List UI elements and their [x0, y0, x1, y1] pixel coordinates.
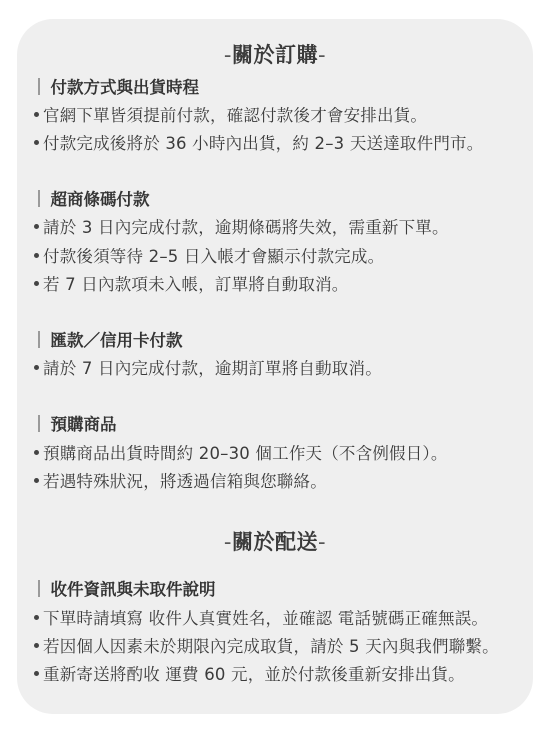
section-title-ordering: -關於訂購- [0, 42, 550, 68]
bullet-icon [34, 450, 39, 455]
section-title-delivery: -關於配送- [0, 529, 550, 555]
group-heading-preorder: 預購商品 [38, 414, 117, 436]
bullet-icon [34, 478, 39, 483]
bullet-icon [34, 643, 39, 648]
group-heading-transfer-credit-card: 匯款／信用卡付款 [38, 330, 183, 352]
heading-bar-icon [38, 78, 40, 95]
list-item: 付款完成後將於 36 小時內出貨，約 2–3 天送達取件門市。 [34, 133, 483, 155]
heading-bar-icon [38, 190, 40, 207]
list-item: 預購商品出貨時間約 20–30 個工作天（不含例假日）。 [34, 443, 448, 465]
list-item: 請於 7 日內完成付款，逾期訂單將自動取消。 [34, 358, 382, 380]
heading-bar-icon [38, 580, 40, 597]
bullet-icon [34, 112, 39, 117]
bullet-icon [34, 671, 39, 676]
heading-bar-icon [38, 331, 40, 348]
list-item: 若因個人因素未於期限內完成取貨，請於 5 天內與我們聯繫。 [34, 636, 499, 658]
group-heading-recipient-info: 收件資訊與未取件說明 [38, 579, 216, 601]
bullet-icon [34, 365, 39, 370]
bullet-icon [34, 253, 39, 258]
bullet-icon [34, 281, 39, 286]
list-item: 付款後須等待 2–5 日入帳才會顯示付款完成。 [34, 246, 384, 268]
list-item: 下單時請填寫 收件人真實姓名，並確認 電話號碼正確無誤。 [34, 608, 488, 630]
group-heading-convenience-store-barcode: 超商條碼付款 [38, 189, 150, 211]
group-heading-payment-methods: 付款方式與出貨時程 [38, 77, 199, 99]
list-item: 請於 3 日內完成付款，逾期條碼將失效，需重新下單。 [34, 217, 449, 239]
heading-bar-icon [38, 415, 40, 432]
list-item: 重新寄送將酌收 運費 60 元，並於付款後重新安排出貨。 [34, 664, 465, 686]
bullet-icon [34, 224, 39, 229]
bullet-icon [34, 140, 39, 145]
list-item: 官網下單皆須提前付款，確認付款後才會安排出貨。 [34, 105, 427, 127]
list-item: 若 7 日內款項未入帳，訂單將自動取消。 [34, 274, 349, 296]
bullet-icon [34, 615, 39, 620]
list-item: 若遇特殊狀況，將透過信箱與您聯絡。 [34, 471, 327, 493]
